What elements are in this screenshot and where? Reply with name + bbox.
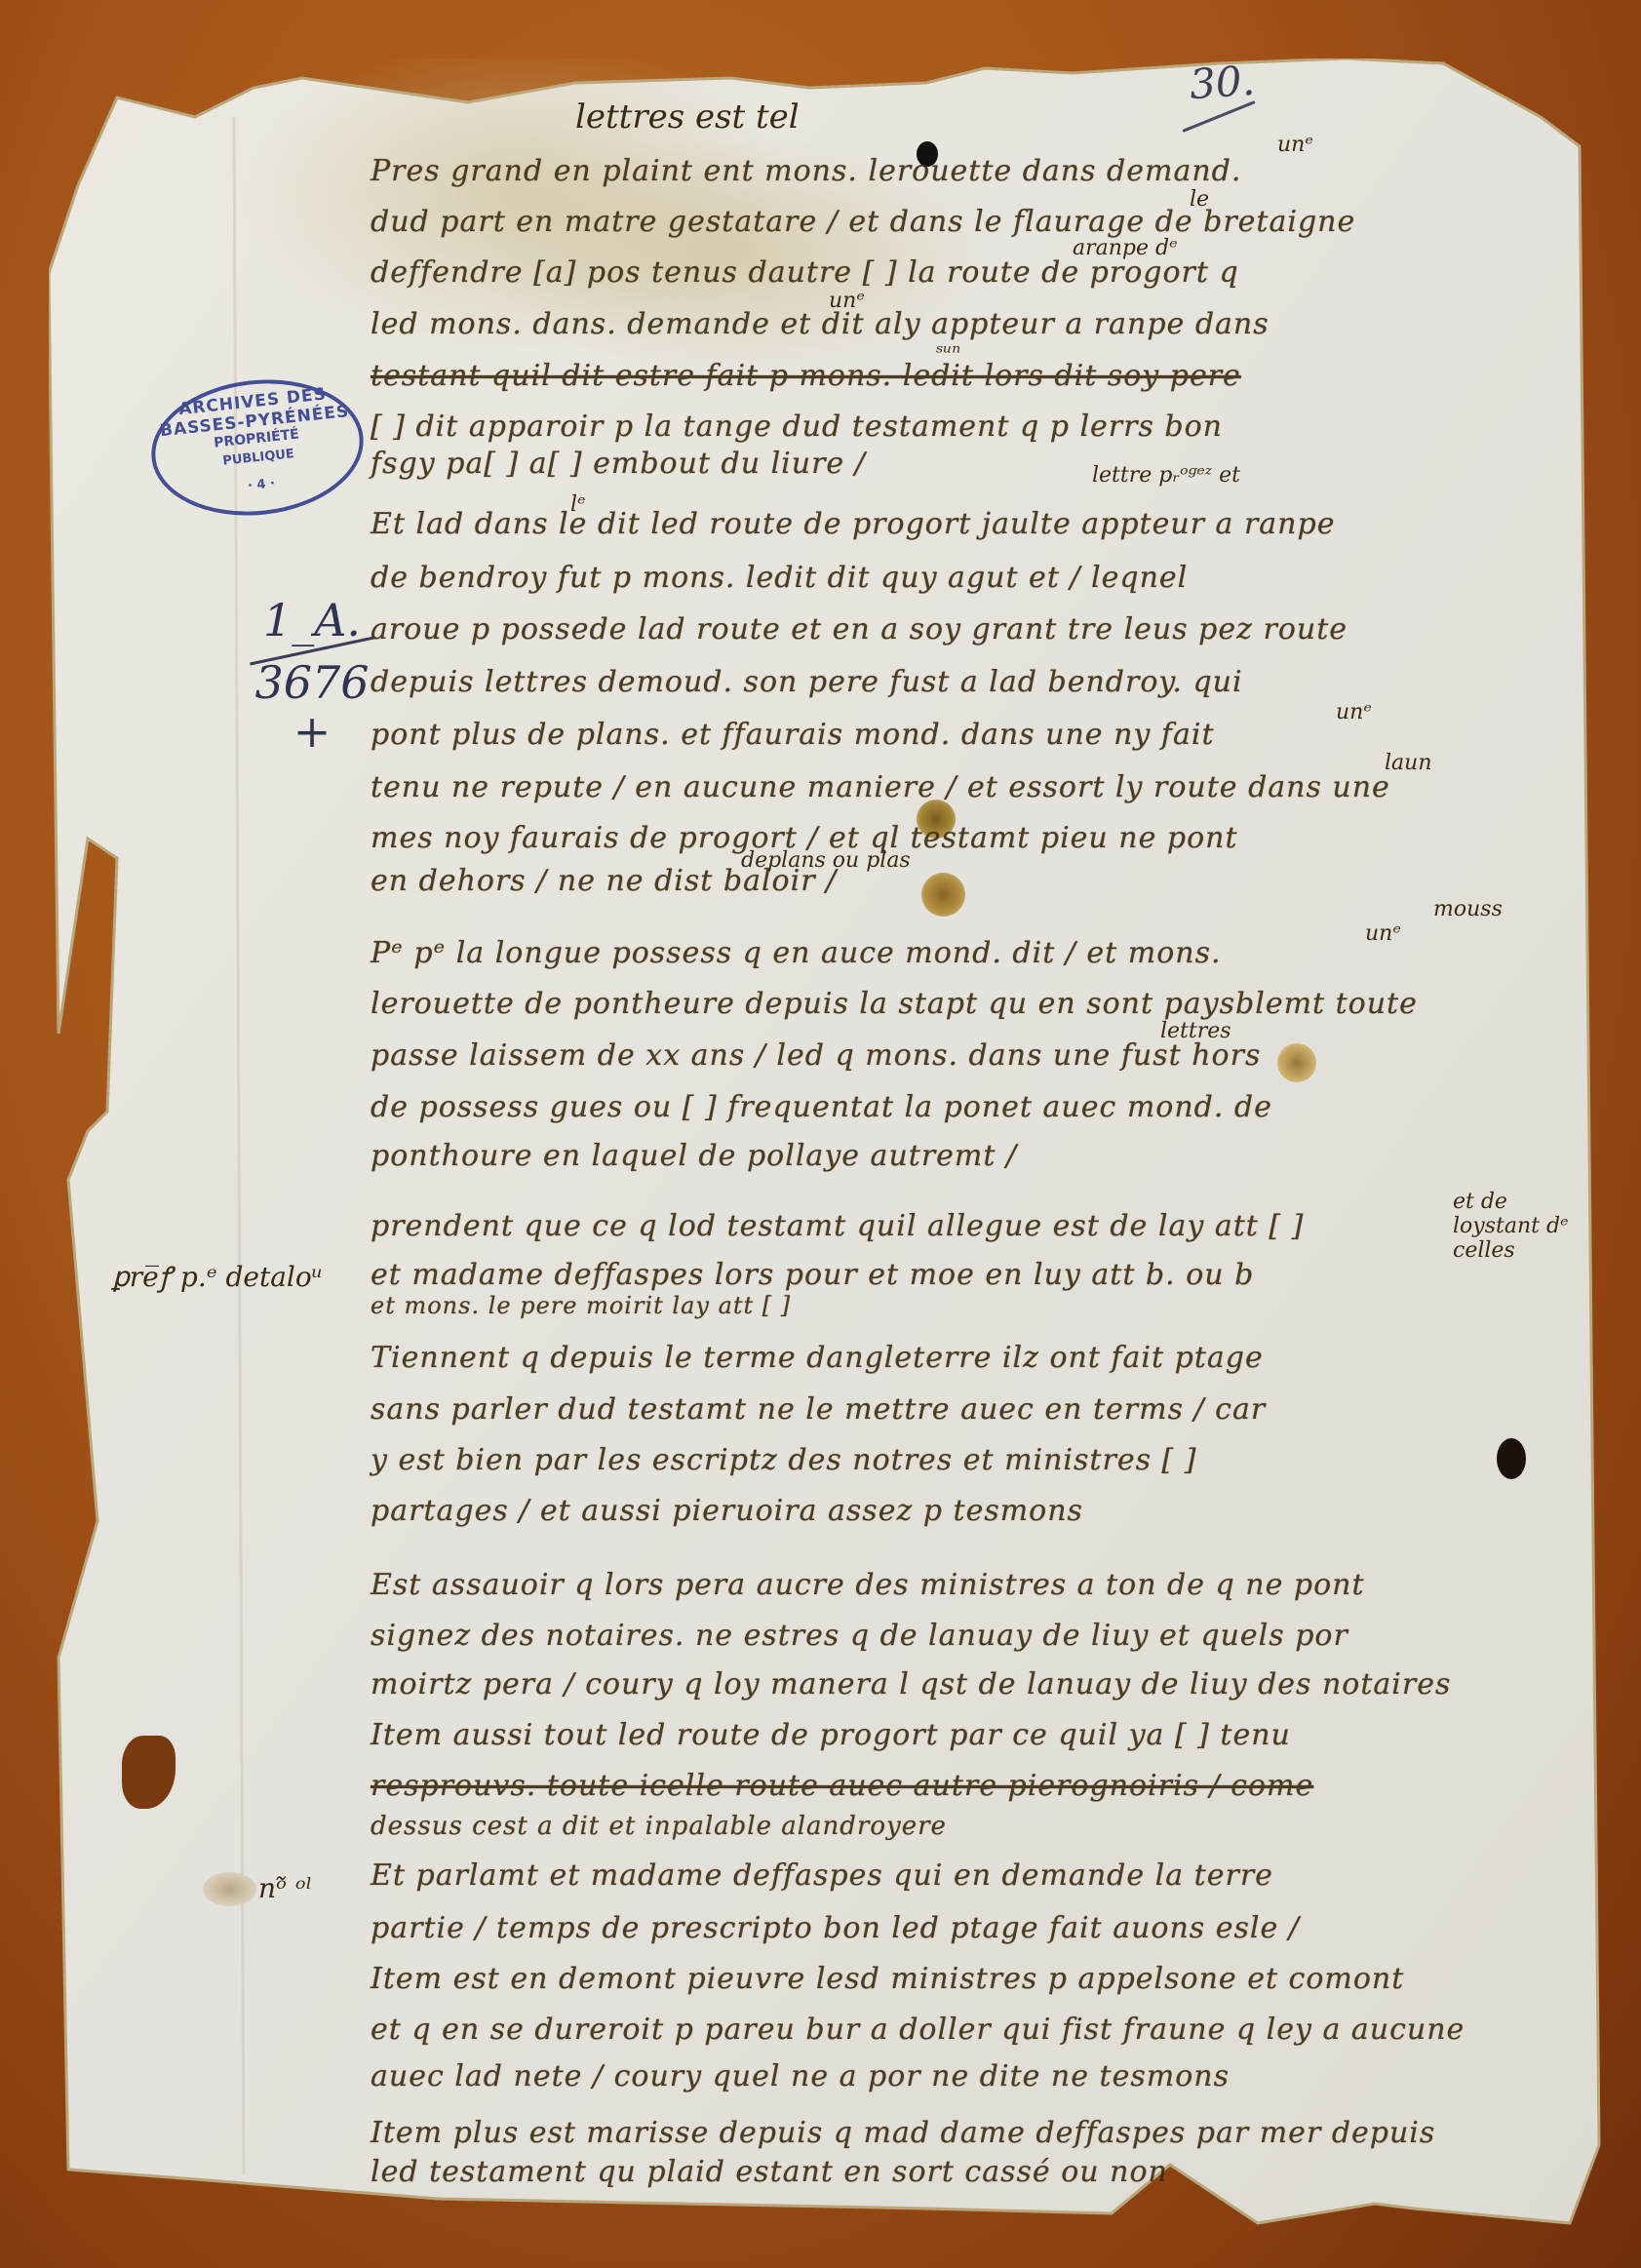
text-line: Tiennent q depuis le terme dangleterre i… xyxy=(371,1341,1264,1375)
interlinear-note: unᵉ xyxy=(1277,133,1313,157)
interlinear-note: et de loystant dᵉ celles xyxy=(1453,1190,1599,1263)
text-line: resprouvs. toute icelle route auec autre… xyxy=(371,1769,1313,1803)
interlinear-note: deplans ou plas xyxy=(741,848,911,873)
text-line: passe laissem de xx ans / led q mons. da… xyxy=(371,1038,1261,1073)
text-line: moirtz pera / coury q loy manera l qst d… xyxy=(371,1667,1451,1701)
ink-stain xyxy=(921,873,965,917)
interlinear-note: unᵉ xyxy=(1336,700,1372,724)
text-line: testant quil dit estre fait p mons. ledi… xyxy=(371,359,1241,393)
interlinear-note: lettre pᵣᵒᵍᵉᶻ et xyxy=(1092,463,1240,488)
folio-number: 30. xyxy=(1188,57,1256,109)
text-line: Item plus est marisse depuis q mad dame … xyxy=(371,2116,1435,2150)
text-line: partages / et aussi pieruoira assez p te… xyxy=(371,1494,1083,1528)
text-line: auec lad nete / coury quel ne a por ne d… xyxy=(371,2059,1230,2093)
text-line: [ ] dit apparoir p la tange dud testamen… xyxy=(371,410,1223,444)
text-line: sans parler dud testamt ne le mettre aue… xyxy=(371,1392,1266,1427)
text-line: Et lad dans le dit led route de progort … xyxy=(371,507,1335,541)
text-line: prendent que ce q lod testamt quil alleg… xyxy=(371,1209,1304,1243)
shelfmark-series: 1_A. xyxy=(244,595,380,645)
text-line: Item est en demont pieuvre lesd ministre… xyxy=(371,1962,1404,1996)
text-line: led testament qu plaid estant en sort ca… xyxy=(371,2155,1168,2189)
text-line: Et parlamt et madame deffaspes qui en de… xyxy=(371,1858,1273,1893)
text-line: pont plus de plans. et ffaurais mond. da… xyxy=(371,718,1215,752)
text-line: y est bien par les escriptz des notres e… xyxy=(371,1443,1196,1477)
interlinear-note: lᵉ xyxy=(570,492,586,517)
text-line: dessus cest a dit et inpalable alandroye… xyxy=(371,1812,947,1841)
text-line: de bendroy fut p mons. ledit dit quy agu… xyxy=(371,561,1188,595)
text-line: et madame deffaspes lors pour et moe en … xyxy=(371,1258,1254,1292)
interlinear-note: mouss xyxy=(1433,897,1503,921)
margin-note: ꝑre̅ꝭ p.ᵉ detaloᵘ xyxy=(112,1258,323,1295)
text-line: Pᵉ pᵉ la longue possess q en auce mond. … xyxy=(371,936,1222,970)
ink-stain xyxy=(1277,1043,1316,1082)
text-line: deffendre [a] pos tenus dautre [ ] la ro… xyxy=(371,255,1239,290)
text-line: partie / temps de prescripto bon led pta… xyxy=(371,1911,1300,1945)
shelfmark-cross: + xyxy=(244,709,380,754)
text-line: et q en se dureroit p pareu bur a doller… xyxy=(371,2013,1465,2047)
text-line: lerouette de pontheure depuis la stapt q… xyxy=(371,987,1418,1021)
interlinear-note: le xyxy=(1190,187,1209,212)
interlinear-note: laun xyxy=(1385,751,1432,775)
text-line: fsgy pa[ ] a[ ] embout du liure / xyxy=(371,447,866,481)
interlinear-note: unᵉ xyxy=(1365,921,1401,946)
text-line: aroue p possede lad route et en a soy gr… xyxy=(371,612,1348,646)
text-line: de possess gues ou [ ] frequentat la pon… xyxy=(371,1090,1272,1124)
text-line: led mons. dans. demande et dit aly appte… xyxy=(371,307,1270,341)
ink-blot xyxy=(1497,1438,1526,1479)
margin-note: nᵒ̃ ᵒˡ xyxy=(258,1872,312,1904)
text-line: depuis lettres demoud. son pere fust a l… xyxy=(371,665,1243,699)
text-line: Item aussi tout led route de progort par… xyxy=(371,1718,1291,1752)
interlinear-note: unᵉ xyxy=(829,289,865,313)
shelfmark: 1_A. 3676 + xyxy=(244,595,380,754)
manuscript-heading: lettres est tel xyxy=(575,98,800,137)
text-line: ponthoure en laquel de pollaye autremt / xyxy=(371,1139,1017,1173)
text-line: et mons. le pere moirit lay att [ ] xyxy=(371,1292,791,1319)
interlinear-note: aranpe dᵉ xyxy=(1073,236,1178,260)
text-line: Pres grand en plaint ent mons. lerouette… xyxy=(371,154,1241,188)
shelfmark-number: 3676 xyxy=(244,656,380,709)
interlinear-note: ˢᵘⁿ xyxy=(936,341,960,366)
text-line: tenu ne repute / en aucune maniere / et … xyxy=(371,770,1390,804)
water-stain xyxy=(203,1872,256,1906)
text-line: Est assauoir q lors pera aucre des minis… xyxy=(371,1568,1365,1602)
interlinear-note: lettres xyxy=(1160,1019,1231,1043)
text-line: signez des notaires. ne estres q de lanu… xyxy=(371,1619,1348,1653)
